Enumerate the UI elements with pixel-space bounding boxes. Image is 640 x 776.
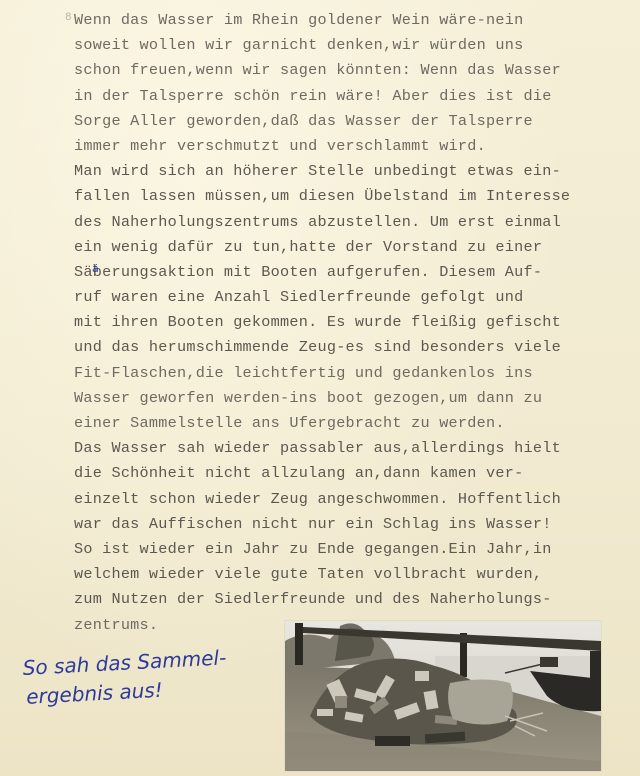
text-line: Wenn das Wasser im Rhein goldener Wein w…: [74, 8, 634, 33]
text-line: schon freuen,wenn wir sagen könnten: Wen…: [74, 58, 634, 83]
text-line: ruf waren eine Anzahl Siedlerfreunde gef…: [74, 285, 634, 310]
text-line: ein wenig dafür zu tun,hatte der Vorstan…: [74, 235, 634, 260]
rubbish-pile-photo: [285, 621, 601, 771]
text-line: soweit wollen wir garnicht denken,wir wü…: [74, 33, 634, 58]
text-line: welchem wieder viele gute Taten vollbrac…: [74, 562, 634, 587]
text-line: mit ihren Booten gekommen. Es wurde flei…: [74, 310, 634, 335]
text-line: Fit-Flaschen,die leichtfertig und gedank…: [74, 361, 634, 386]
margin-mark: 8: [65, 12, 72, 24]
text-line: des Naherholungszentrums abzustellen. Um…: [74, 210, 634, 235]
text-line: einer Sammelstelle ans Ufergebracht zu w…: [74, 411, 634, 436]
text-line: und das herumschimmende Zeug-es sind bes…: [74, 335, 634, 360]
text-line: immer mehr verschmutzt und verschlammt w…: [74, 134, 634, 159]
text-line: die Schönheit nicht allzulang an,dann ka…: [74, 461, 634, 486]
typewritten-text: Wenn das Wasser im Rhein goldener Wein w…: [74, 8, 634, 638]
text-line: war das Auffischen nicht nur ein Schlag …: [74, 512, 634, 537]
text-line: Säberungsaktion mit Booten aufgerufen. D…: [74, 260, 634, 285]
text-line: in der Talsperre schön rein wäre! Aber d…: [74, 84, 634, 109]
text-line: zum Nutzen der Siedlerfreunde und des Na…: [74, 587, 634, 612]
text-line: Das Wasser sah wieder passabler aus,alle…: [74, 436, 634, 461]
text-line: Sorge Aller geworden,daß das Wasser der …: [74, 109, 634, 134]
text-line: einzelt schon wieder Zeug angeschwommen.…: [74, 487, 634, 512]
text-line: Wasser geworfen werden-ins boot gezogen,…: [74, 386, 634, 411]
pen-correction-mark: ä: [92, 262, 99, 275]
scanned-page: 8 Wenn das Wasser im Rhein goldener Wein…: [0, 0, 640, 776]
text-line: So ist wieder ein Jahr zu Ende gegangen.…: [74, 537, 634, 562]
text-line: Man wird sich an höherer Stelle unbeding…: [74, 159, 634, 184]
text-line: fallen lassen müssen,um diesen Übelstand…: [74, 184, 634, 209]
handwritten-caption: So sah das Sammel- ergebnis aus!: [22, 640, 285, 712]
photo-image: [285, 621, 601, 771]
